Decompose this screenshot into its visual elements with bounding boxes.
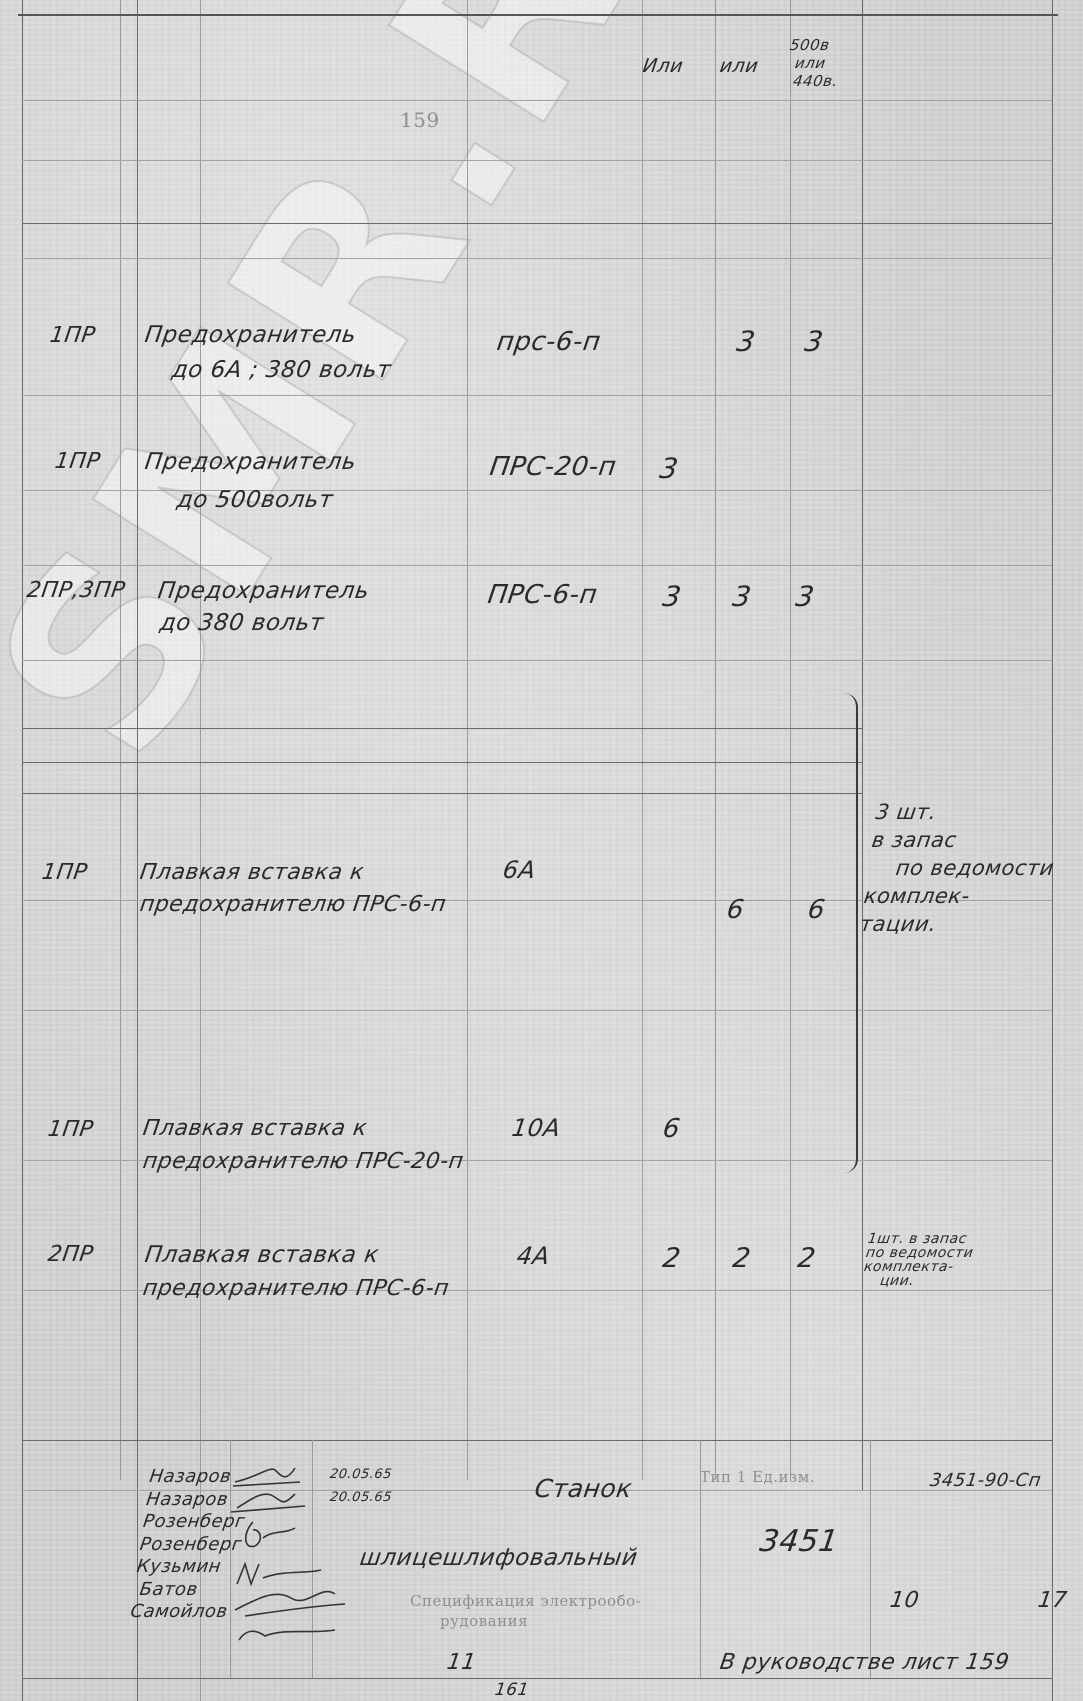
header-note-voltage: 500в	[789, 38, 831, 53]
sheet-number: 10	[888, 1588, 921, 1613]
row-name: до 380 вольт	[158, 610, 325, 636]
row-designation: 1ПР	[46, 1117, 95, 1142]
note-line: комплек-	[862, 882, 1052, 910]
note-line: 3 шт.	[874, 798, 1064, 826]
header-sub-line	[22, 160, 1052, 161]
note-line: по ведомости	[866, 854, 1056, 882]
row-line	[22, 1010, 1052, 1011]
product-name: Станок	[533, 1474, 634, 1503]
row-type: 10А	[510, 1114, 562, 1142]
row-designation: 1ПР	[53, 449, 102, 474]
model-number: 3451	[758, 1524, 841, 1559]
row-line	[22, 660, 1052, 661]
title-block-bottom	[22, 1678, 1052, 1679]
row-designation: 2ПР,3ПР	[25, 578, 127, 603]
row-designation: 2ПР	[46, 1242, 95, 1267]
header-note-voltage: или	[794, 56, 827, 71]
row-name: до 500вольт	[175, 487, 335, 513]
row-name: предохранителю ПРС-6-п	[141, 1276, 451, 1301]
signature-date: 20.05.65	[329, 1467, 393, 1482]
row-qty: 3	[803, 325, 826, 358]
col-divider-qty1	[642, 0, 643, 1480]
top-border	[18, 14, 1058, 16]
row-type: ПРС-20-п	[488, 452, 618, 482]
signature-date: 20.05.65	[329, 1490, 393, 1505]
row-qty: 3	[661, 580, 684, 613]
section-line	[22, 728, 862, 729]
header-note-voltage: 440в.	[792, 74, 839, 89]
border-left	[22, 0, 23, 1701]
printed-label: Тип 1 Ед.изм.	[700, 1468, 815, 1486]
row-qty: 2	[796, 1243, 818, 1274]
col-divider-type	[467, 0, 468, 1480]
manual-reference: В руководстве лист 159	[718, 1650, 1011, 1675]
row-qty: 2	[661, 1243, 683, 1274]
faint-page-ref: 159	[400, 108, 440, 132]
row-type: ПРС-6-п	[486, 580, 599, 610]
row-qty: 3	[658, 452, 681, 485]
row-type: 4А	[515, 1242, 552, 1270]
product-name: шлицешлифовальный	[358, 1545, 639, 1571]
row-name: предохранителю ПРС-20-п	[141, 1149, 465, 1174]
header-sub-line	[22, 100, 1052, 101]
row-type: 6А	[501, 856, 538, 884]
row-name: Плавкая вставка к	[141, 1116, 368, 1141]
section-line	[22, 762, 862, 763]
row-name: Плавкая вставка к	[143, 1242, 380, 1268]
bottom-number: 161	[494, 1680, 531, 1700]
row-line	[22, 395, 1052, 396]
row-line	[22, 258, 1052, 259]
signatory-name: Самойлов	[129, 1601, 234, 1624]
row-name: до 6А ; 380 вольт	[170, 357, 393, 383]
printed-label: Спецификация электрообо-	[410, 1592, 641, 1610]
note-line: 1шт. в запас	[867, 1232, 976, 1246]
col-divider-qty2	[715, 0, 716, 1480]
row-name: Плавкая вставка к	[138, 860, 365, 885]
row-name: Предохранитель	[156, 578, 371, 604]
col-divider-inner	[120, 0, 121, 1480]
title-col	[870, 1440, 871, 1678]
title-block-top	[22, 1440, 1052, 1441]
header-note-or: или	[718, 55, 759, 77]
header-note-or: Или	[641, 55, 684, 77]
scanned-document-page: SMR.RU Или или 500в или 440в. 159 1ПР Пр…	[0, 0, 1083, 1701]
row-qty: 6	[725, 895, 746, 925]
row-qty: 3	[794, 580, 817, 613]
row-note: 3 шт. в запас по ведомости комплек- таци…	[858, 798, 1064, 938]
col-divider-name	[200, 0, 201, 1701]
document-code: 3451-90-Сп	[929, 1470, 1043, 1491]
row-name: Предохранитель	[143, 449, 358, 475]
note-brace	[842, 693, 858, 1173]
note-line: в запас	[870, 826, 1060, 854]
note-line: ции.	[861, 1274, 970, 1288]
note-line: тации.	[858, 910, 1048, 938]
col-divider-designation	[137, 0, 138, 1701]
signatory-name: Батов	[132, 1579, 237, 1602]
row-name: предохранителю ПРС-6-п	[138, 892, 448, 917]
row-designation: 1ПР	[40, 860, 89, 885]
inventory-number: 11	[445, 1650, 478, 1675]
row-qty: 3	[735, 325, 758, 358]
section-line	[22, 793, 862, 794]
row-qty: 6	[806, 895, 827, 925]
row-name: Предохранитель	[143, 322, 358, 348]
note-line: комплекта-	[863, 1260, 972, 1274]
col-divider-qty3	[790, 0, 791, 1480]
row-type: прс-6-п	[495, 327, 603, 357]
header-bottom-line	[22, 223, 1052, 224]
sheets-total: 17	[1036, 1588, 1069, 1613]
printed-label: рудования	[440, 1612, 528, 1630]
row-line	[22, 565, 1052, 566]
row-line	[22, 490, 1052, 491]
note-line: по ведомости	[865, 1246, 974, 1260]
row-designation: 1ПР	[48, 323, 97, 348]
row-qty: 2	[731, 1243, 753, 1274]
row-note: 1шт. в запас по ведомости комплекта- ции…	[861, 1232, 976, 1288]
row-qty: 3	[731, 580, 754, 613]
row-qty: 6	[661, 1114, 682, 1144]
